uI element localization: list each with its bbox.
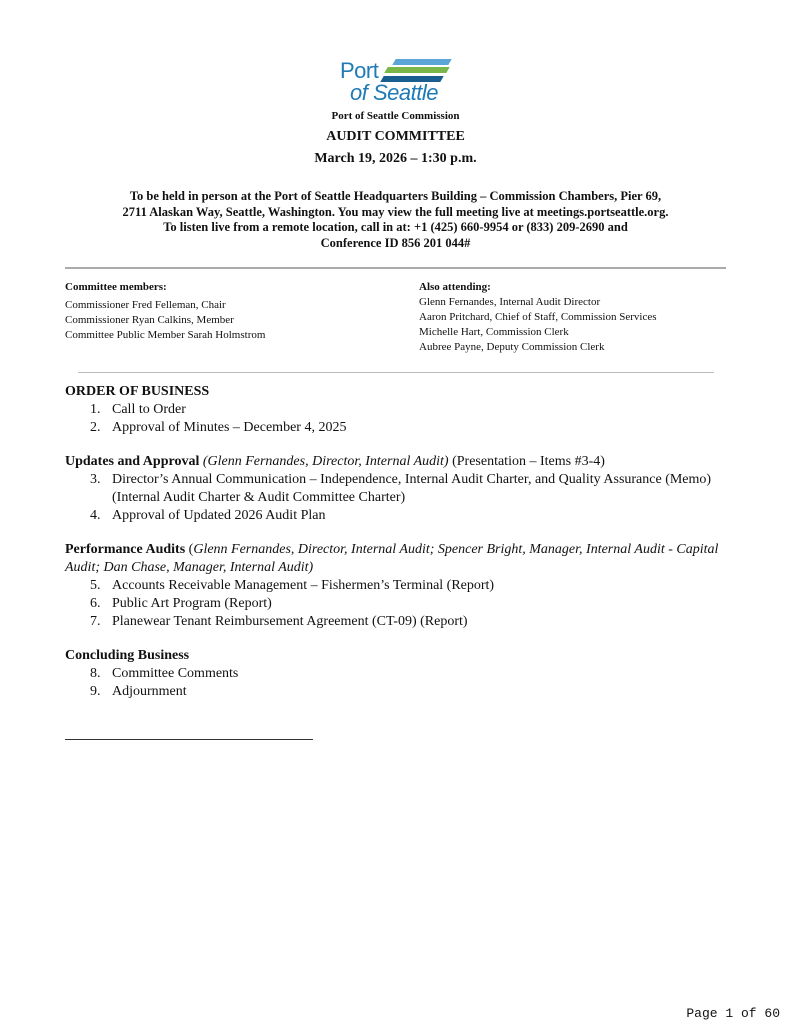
also-attending-heading: Also attending: [419, 280, 656, 295]
divider [78, 372, 714, 373]
agenda-item: 5. Accounts Receivable Management – Fish… [65, 577, 735, 595]
agenda-item: 2. Approval of Minutes – December 4, 202… [65, 419, 735, 437]
attendee: Glenn Fernandes, Internal Audit Director [419, 295, 656, 310]
agenda-item: 4. Approval of Updated 2026 Audit Plan [65, 507, 735, 525]
notice-line: To be held in person at the Port of Seat… [60, 189, 731, 205]
updates-section: Updates and Approval (Glenn Fernandes, D… [65, 453, 735, 525]
agenda-item: 7. Planewear Tenant Reimbursement Agreem… [65, 613, 735, 631]
port-of-seattle-logo: Port of Seattle [336, 56, 456, 108]
notice-line: To listen live from a remote location, c… [60, 220, 731, 236]
org-name: Port of Seattle Commission [0, 110, 791, 122]
agenda-item: 6. Public Art Program (Report) [65, 595, 735, 613]
agenda-item: 9. Adjournment [65, 683, 735, 701]
logo-stripe-icon [392, 59, 451, 65]
committee-members-heading: Committee members: [65, 280, 265, 295]
member: Commissioner Ryan Calkins, Member [65, 313, 265, 328]
performance-section: Performance Audits (Glenn Fernandes, Dir… [65, 541, 735, 631]
meeting-notice: To be held in person at the Port of Seat… [60, 189, 731, 251]
notice-line: Conference ID 856 201 044# [60, 236, 731, 252]
performance-heading: Performance Audits (Glenn Fernandes, Dir… [65, 541, 735, 577]
member: Commissioner Fred Felleman, Chair [65, 298, 265, 313]
updates-heading: Updates and Approval (Glenn Fernandes, D… [65, 453, 735, 471]
meeting-datetime: March 19, 2026 – 1:30 p.m. [0, 151, 791, 167]
agenda: ORDER OF BUSINESS 1. Call to Order 2. Ap… [65, 383, 735, 701]
attendee: Aaron Pritchard, Chief of Staff, Commiss… [419, 310, 656, 325]
attendee: Michelle Hart, Commission Clerk [419, 325, 656, 340]
page-number: Page 1 of 60 [686, 1006, 780, 1021]
attendee: Aubree Payne, Deputy Commission Clerk [419, 340, 656, 355]
footnote-rule [65, 739, 313, 740]
concluding-section: Concluding Business 8. Committee Comment… [65, 647, 735, 701]
agenda-item: 8. Committee Comments [65, 665, 735, 683]
logo-text-seattle: of Seattle [350, 80, 438, 106]
also-attending: Also attending: Glenn Fernandes, Interna… [419, 280, 656, 355]
concluding-heading: Concluding Business [65, 647, 735, 665]
member: Committee Public Member Sarah Holmstrom [65, 328, 265, 343]
agenda-title: ORDER OF BUSINESS [65, 383, 735, 401]
committee-title: AUDIT COMMITTEE [0, 129, 791, 145]
logo-stripe-icon [384, 67, 449, 73]
committee-members: Committee members: Commissioner Fred Fel… [65, 280, 265, 343]
agenda-item: 1. Call to Order [65, 401, 735, 419]
divider [65, 267, 726, 269]
agenda-item: 3. Director’s Annual Communication – Ind… [65, 471, 735, 507]
notice-line: 2711 Alaskan Way, Seattle, Washington. Y… [60, 205, 731, 221]
